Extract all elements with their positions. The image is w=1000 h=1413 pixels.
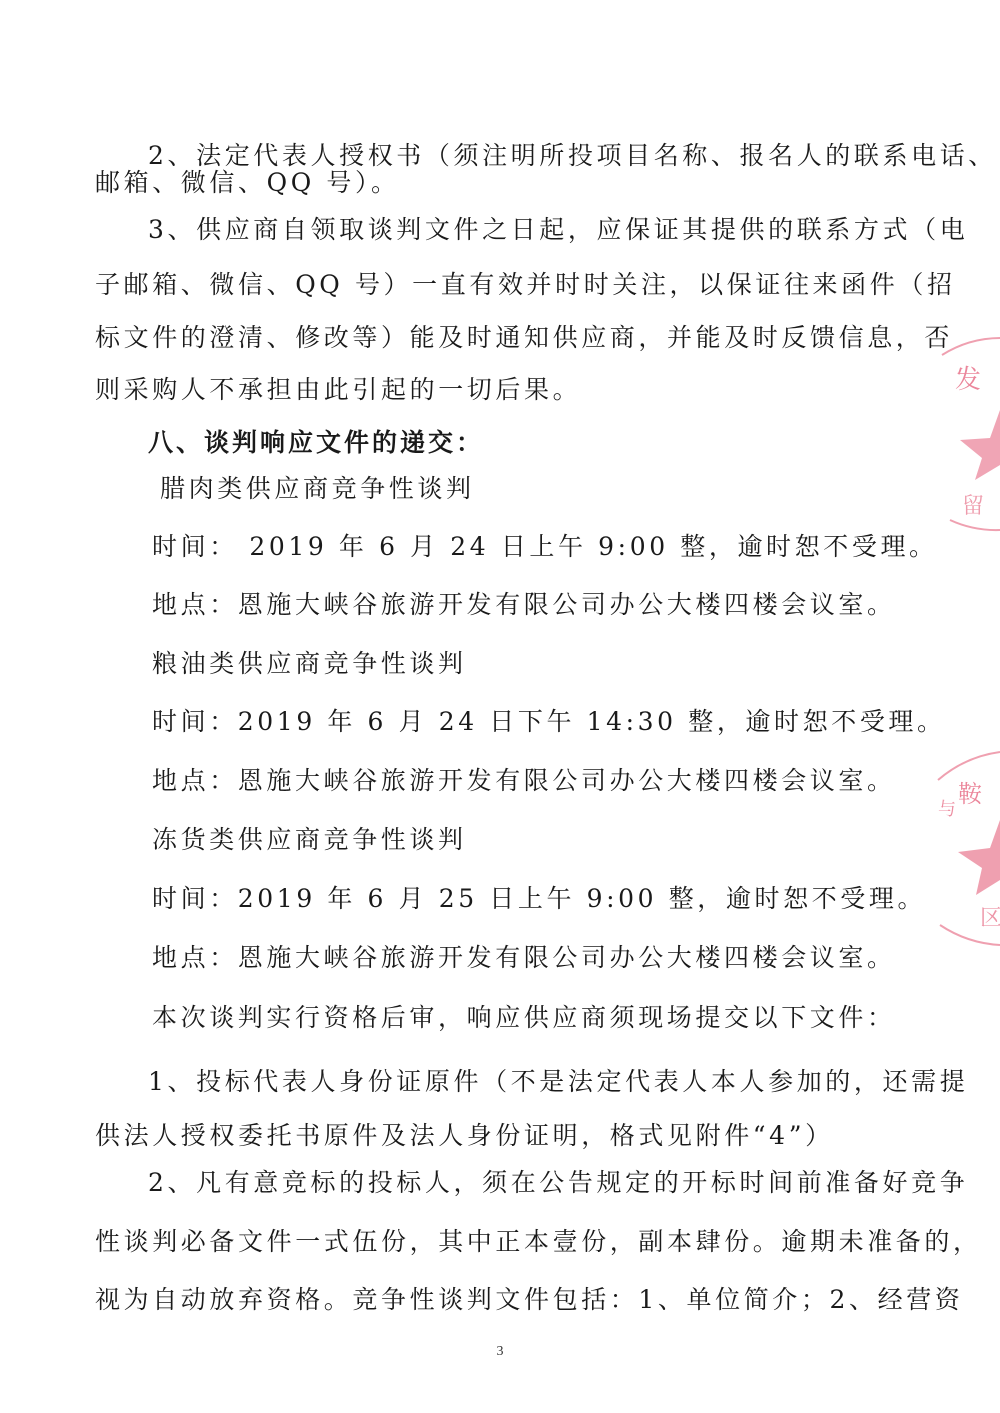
paragraph-2-line-1: 2、法定代表人授权书（须注明所投项目名称、报名人的联系电话、	[148, 141, 997, 171]
group-3-location: 地点：恩施大峡谷旅游开发有限公司办公大楼四楼会议室。	[152, 943, 896, 973]
red-seal-stamp-icon: 发 留	[920, 330, 1000, 540]
item-2-line-3: 视为自动放弃资格。竞争性谈判文件包括：1、单位简介；2、经营资	[95, 1285, 963, 1315]
item-1-line-1: 1、投标代表人身份证原件（不是法定代表人本人参加的，还需提	[148, 1067, 968, 1097]
paragraph-3-line-1: 3、供应商自领取谈判文件之日起，应保证其提供的联系方式（电	[148, 215, 968, 245]
paragraph-2-line-2: 邮箱、微信、QQ 号）。	[95, 168, 400, 198]
submission-intro: 本次谈判实行资格后审，响应供应商须现场提交以下文件：	[152, 1003, 896, 1033]
group-2-title: 粮油类供应商竞争性谈判	[152, 649, 467, 679]
svg-text:发: 发	[955, 365, 981, 395]
svg-text:留: 留	[962, 494, 984, 519]
item-1-line-2: 供法人授权委托书原件及法人身份证明，格式见附件“4”）	[95, 1121, 834, 1151]
group-2-location: 地点：恩施大峡谷旅游开发有限公司办公大楼四楼会议室。	[152, 766, 896, 796]
group-2-time: 时间：2019 年 6 月 24 日下午 14:30 整，逾时恕不受理。	[152, 707, 946, 737]
svg-text:与: 与	[938, 799, 956, 820]
section-8-heading: 八、谈判响应文件的递交：	[148, 428, 484, 458]
red-seal-stamp-icon: 与 鞍 区	[920, 740, 1000, 955]
item-2-line-1: 2、凡有意竞标的投标人，须在公告规定的开标时间前准备好竞争	[148, 1168, 968, 1198]
paragraph-3-line-3: 标文件的澄清、修改等）能及时通知供应商，并能及时反馈信息，否	[95, 323, 953, 353]
group-3-title: 冻货类供应商竞争性谈判	[152, 825, 467, 855]
page-number: 3	[0, 1344, 1000, 1360]
group-3-time: 时间：2019 年 6 月 25 日上午 9:00 整，逾时恕不受理。	[152, 884, 926, 914]
group-1-location: 地点：恩施大峡谷旅游开发有限公司办公大楼四楼会议室。	[152, 590, 896, 620]
paragraph-3-line-2: 子邮箱、微信、QQ 号）一直有效并时时关注，以保证往来函件（招	[95, 270, 956, 300]
svg-text:鞍: 鞍	[958, 780, 983, 808]
paragraph-3-line-4: 则采购人不承担由此引起的一切后果。	[95, 375, 581, 405]
item-2-line-2: 性谈判必备文件一式伍份，其中正本壹份，副本肆份。逾期未准备的，	[95, 1227, 982, 1257]
group-1-title: 腊肉类供应商竞争性谈判	[160, 474, 475, 504]
svg-text:区: 区	[980, 906, 1000, 931]
group-1-time: 时间： 2019 年 6 月 24 日上午 9:00 整，逾时恕不受理。	[152, 532, 938, 562]
